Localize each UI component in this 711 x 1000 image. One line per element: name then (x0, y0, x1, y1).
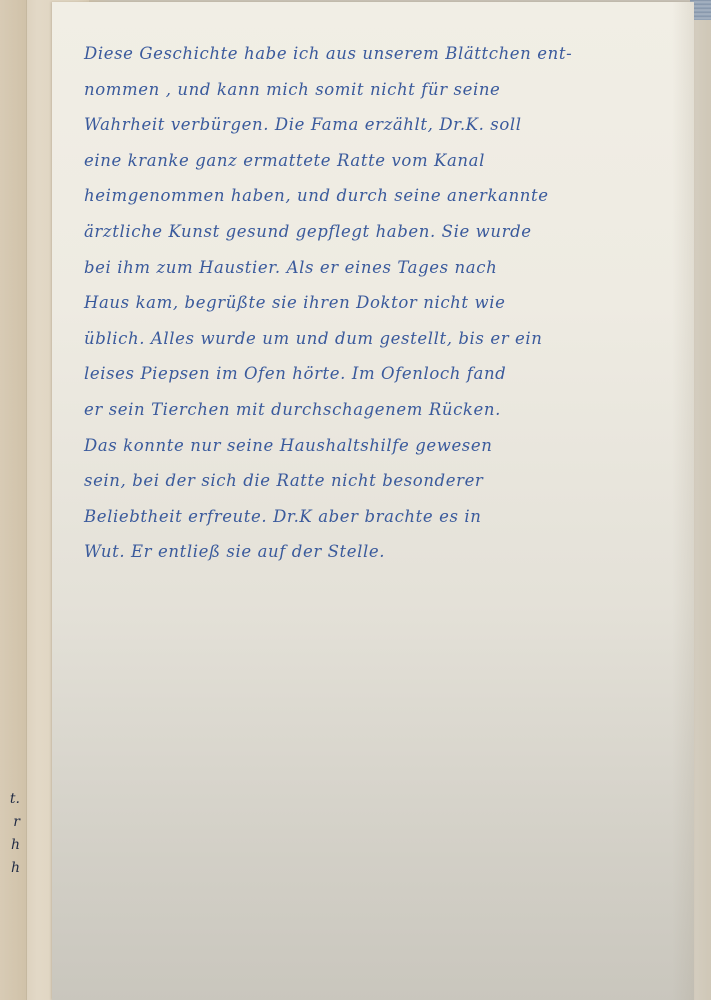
text-line: eine kranke ganz ermattete Ratte vom Kan… (84, 143, 684, 179)
text-line: leises Piepsen im Ofen hörte. Im Ofenloc… (84, 356, 684, 392)
left-page-line: h (0, 834, 20, 857)
right-page-edge (694, 20, 711, 1000)
text-line: Beliebtheit erfreute. Dr.K aber brachte … (84, 499, 684, 535)
left-page-line: h (0, 857, 20, 880)
left-page-text-fragment: t. r h h (0, 788, 20, 880)
left-facing-page-edge: t. r h h (0, 0, 26, 1000)
text-line: Das konnte nur seine Haushaltshilfe gewe… (84, 428, 684, 464)
left-page-line: t. (0, 788, 20, 811)
text-line: Wut. Er entließ sie auf der Stelle. (84, 534, 684, 570)
left-page-line: r (0, 811, 20, 834)
text-line: Haus kam, begrüßte sie ihren Doktor nich… (84, 285, 684, 321)
text-line: heimgenommen haben, und durch seine aner… (84, 178, 684, 214)
text-line: üblich. Alles wurde um und dum gestellt,… (84, 321, 684, 357)
handwritten-page: Diese Geschichte habe ich aus unserem Bl… (52, 2, 694, 1000)
text-line: sein, bei der sich die Ratte nicht beson… (84, 463, 684, 499)
text-line: ärztliche Kunst gesund gepflegt haben. S… (84, 214, 684, 250)
text-line: nommen , und kann mich somit nicht für s… (84, 72, 684, 108)
text-line: er sein Tierchen mit durchschagenem Rück… (84, 392, 684, 428)
text-line: bei ihm zum Haustier. Als er eines Tages… (84, 250, 684, 286)
text-line: Diese Geschichte habe ich aus unserem Bl… (84, 36, 684, 72)
handwritten-text-block: Diese Geschichte habe ich aus unserem Bl… (84, 36, 684, 570)
text-line: Wahrheit verbürgen. Die Fama erzählt, Dr… (84, 107, 684, 143)
